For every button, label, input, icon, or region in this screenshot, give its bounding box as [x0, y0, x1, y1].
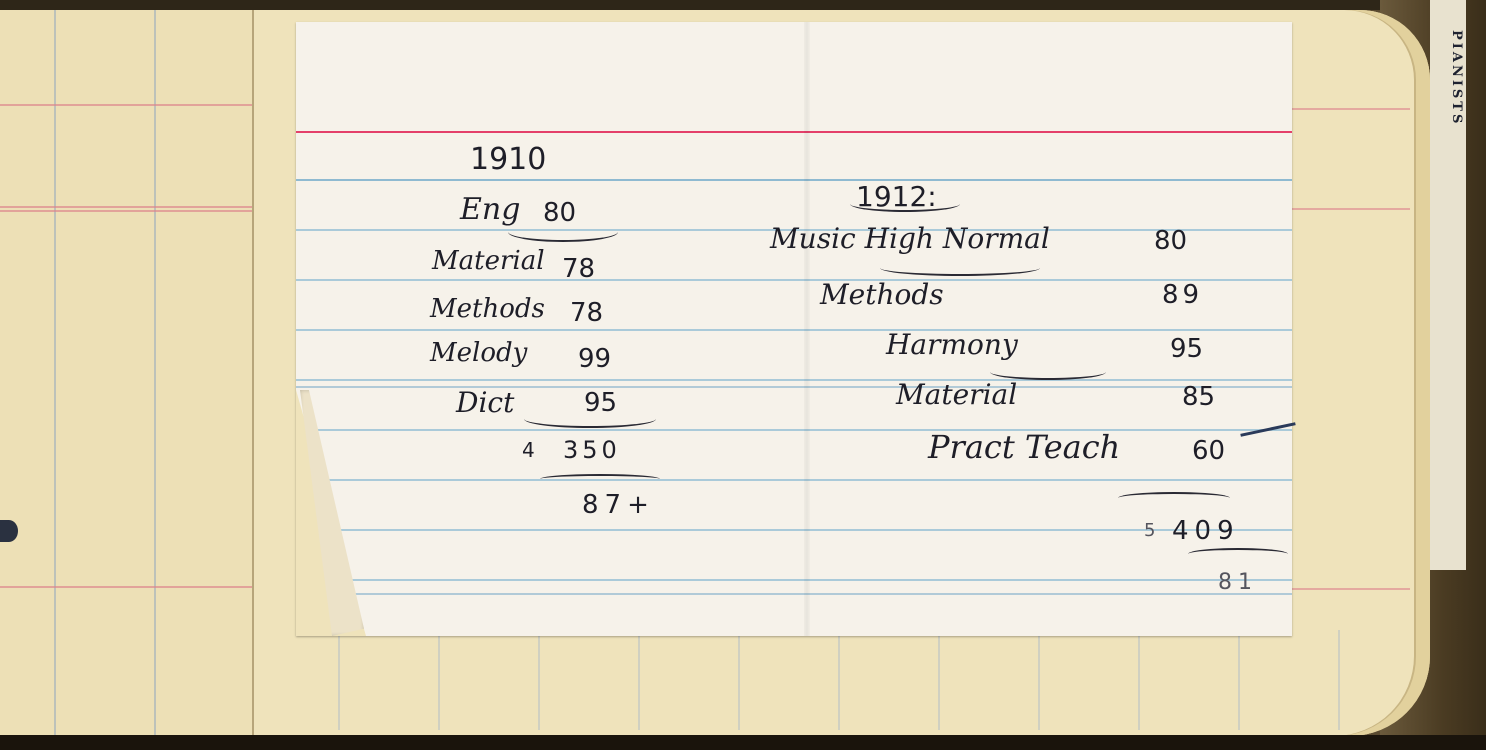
right-average: 81 — [1218, 570, 1258, 595]
left-subject-dict: Dict — [456, 386, 514, 419]
notebook-top-edge — [0, 0, 1486, 10]
right-subject-music-high-normal: Music High Normal — [770, 222, 1050, 255]
right-grade-material: 85 — [1182, 382, 1215, 412]
card-rule-line — [296, 579, 1292, 581]
left-year: 1910 — [470, 142, 546, 177]
metal-clip-icon — [0, 520, 18, 542]
right-subject-pract-teach: Pract Teach — [928, 428, 1120, 466]
right-page-red-line — [1290, 588, 1410, 590]
left-page-red-line — [0, 104, 252, 106]
right-subject-methods: Methods — [820, 278, 944, 311]
division-bar — [1188, 548, 1288, 560]
right-sum: 409 — [1172, 516, 1240, 546]
left-grade-material: 78 — [562, 254, 595, 284]
left-average: 87+ — [582, 490, 655, 520]
book-spine-label: PIANISTS — [1432, 30, 1464, 550]
index-card — [296, 22, 1292, 636]
card-margin-line — [296, 131, 1292, 133]
right-grade-music-high-normal: 80 — [1154, 226, 1187, 256]
left-page-red-line — [0, 586, 252, 588]
left-divisor: 4 — [522, 438, 535, 462]
right-grade-methods: 89 — [1162, 280, 1203, 310]
right-page-red-line — [1290, 208, 1410, 210]
left-page-red-line — [0, 210, 252, 212]
left-subject-melody: Melody — [430, 338, 527, 368]
sum-overline — [1118, 492, 1230, 504]
right-grade-harmony: 95 — [1170, 334, 1203, 364]
left-page-red-line — [0, 206, 252, 208]
notebook-left-page — [0, 10, 254, 736]
notebook-bottom-shadow — [0, 735, 1486, 750]
ink-flourish — [880, 260, 1040, 276]
left-grade-melody: 99 — [578, 344, 611, 374]
right-subject-material: Material — [896, 378, 1017, 411]
right-page-red-line — [1290, 108, 1410, 110]
year-underline — [850, 196, 960, 212]
ink-flourish — [508, 222, 618, 242]
right-page-grid — [290, 630, 1370, 730]
left-subject-material: Material — [432, 246, 545, 276]
card-rule-line — [296, 529, 1292, 531]
card-rule-line — [296, 279, 1292, 281]
card-rule-line — [296, 379, 1292, 381]
card-fold-crease — [804, 22, 810, 636]
card-rule-line — [296, 479, 1292, 481]
left-sum: 350 — [563, 436, 621, 464]
right-subject-harmony: Harmony — [886, 328, 1018, 361]
left-grade-methods: 78 — [570, 298, 603, 328]
division-bar — [540, 474, 660, 484]
sum-underline — [524, 410, 656, 428]
right-grade-pract-teach: 60 — [1192, 436, 1225, 466]
right-divisor: 5 — [1144, 520, 1155, 541]
left-subject-methods: Methods — [430, 294, 545, 324]
card-rule-line — [296, 429, 1292, 431]
card-rule-line — [296, 329, 1292, 331]
card-rule-line — [296, 179, 1292, 181]
